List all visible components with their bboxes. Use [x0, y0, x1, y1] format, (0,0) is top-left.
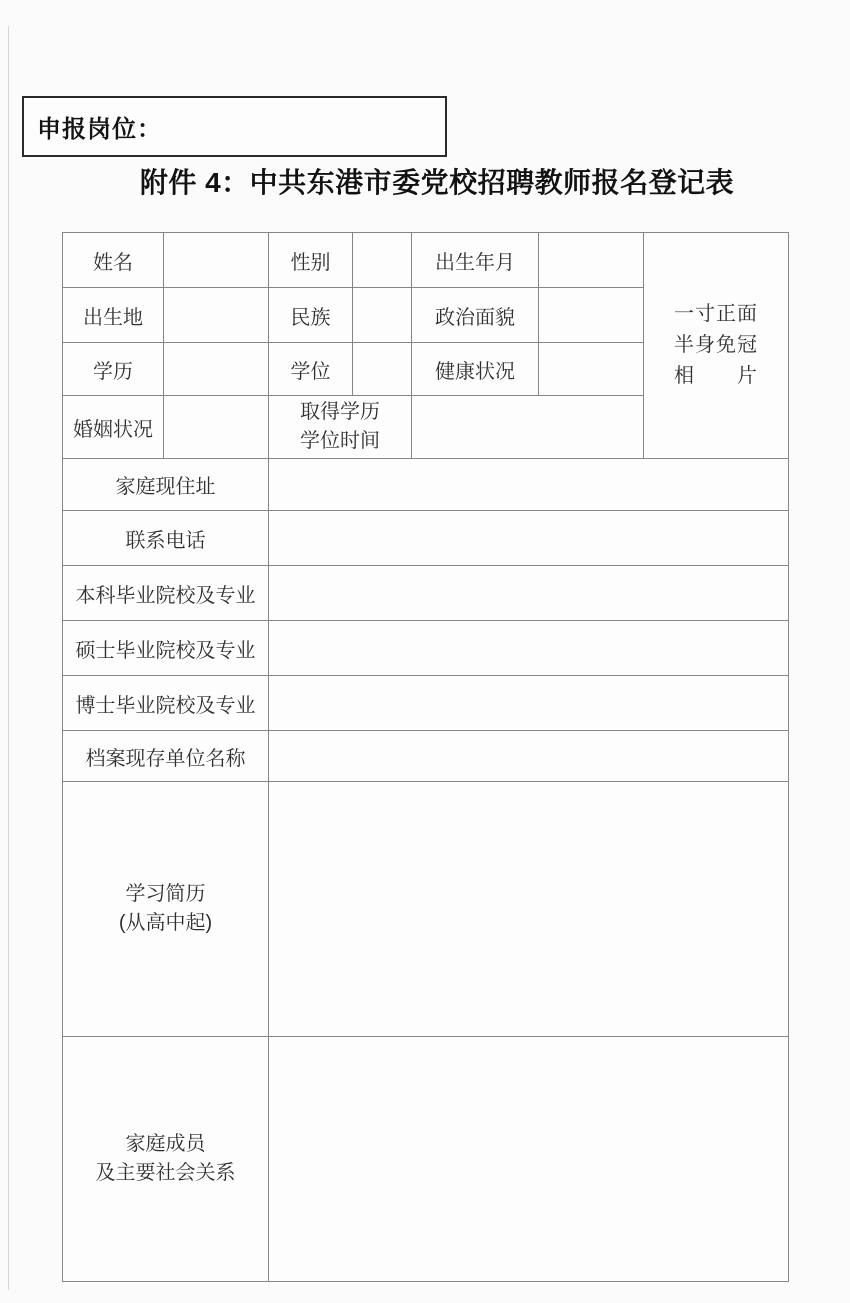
- ethnicity-label: 民族: [269, 288, 353, 343]
- table-row: 联系电话: [63, 511, 789, 566]
- bachelor-school-input-cell[interactable]: [269, 566, 789, 621]
- degree-label: 学位: [269, 343, 353, 396]
- table-row: 学习简历 (从高中起): [63, 782, 789, 1037]
- marital-status-label: 婚姻状况: [63, 396, 164, 459]
- doctor-school-label: 博士毕业院校及专业: [63, 676, 269, 731]
- phone-input-cell[interactable]: [269, 511, 789, 566]
- archive-unit-input-cell[interactable]: [269, 731, 789, 782]
- phone-label: 联系电话: [63, 511, 269, 566]
- birth-date-input-cell[interactable]: [539, 233, 644, 288]
- table-row: 档案现存单位名称: [63, 731, 789, 782]
- home-address-input-cell[interactable]: [269, 459, 789, 511]
- table-row: 本科毕业院校及专业: [63, 566, 789, 621]
- photo-note: 一寸正面 半身免冠 相 片: [646, 299, 786, 392]
- photo-note-line-2: 半身免冠: [646, 330, 786, 361]
- education-input-cell[interactable]: [164, 343, 269, 396]
- birthplace-input-cell[interactable]: [164, 288, 269, 343]
- form-title: 附件 4：中共东港市委党校招聘教师报名登记表: [0, 161, 850, 201]
- family-members-label: 家庭成员 及主要社会关系: [63, 1037, 269, 1282]
- birth-date-label: 出生年月: [412, 233, 539, 288]
- bachelor-school-label: 本科毕业院校及专业: [63, 566, 269, 621]
- archive-unit-label: 档案现存单位名称: [63, 731, 269, 782]
- table-row: 姓名 性别 出生年月 一寸正面 半身免冠 相 片: [63, 233, 789, 288]
- study-resume-input-cell[interactable]: [269, 782, 789, 1037]
- ethnicity-input-cell[interactable]: [353, 288, 412, 343]
- gender-input-cell[interactable]: [353, 233, 412, 288]
- scan-page-edge-line: [8, 26, 9, 1290]
- photo-placeholder-cell: 一寸正面 半身免冠 相 片: [644, 233, 789, 459]
- marital-status-input-cell[interactable]: [164, 396, 269, 459]
- health-input-cell[interactable]: [539, 343, 644, 396]
- table-row: 博士毕业院校及专业: [63, 676, 789, 731]
- health-label: 健康状况: [412, 343, 539, 396]
- edu-degree-time-input-cell[interactable]: [412, 396, 644, 459]
- political-status-input-cell[interactable]: [539, 288, 644, 343]
- study-resume-label: 学习简历 (从高中起): [63, 782, 269, 1037]
- doctor-school-input-cell[interactable]: [269, 676, 789, 731]
- table-row: 家庭成员 及主要社会关系: [63, 1037, 789, 1282]
- photo-note-line-1: 一寸正面: [646, 299, 786, 330]
- registration-form-table: 姓名 性别 出生年月 一寸正面 半身免冠 相 片 出生地 民族 政治面貌 学历: [62, 232, 789, 1282]
- birthplace-label: 出生地: [63, 288, 164, 343]
- master-school-label: 硕士毕业院校及专业: [63, 621, 269, 676]
- edu-degree-time-label: 取得学历 学位时间: [269, 396, 412, 459]
- family-members-input-cell[interactable]: [269, 1037, 789, 1282]
- table-row: 家庭现住址: [63, 459, 789, 511]
- home-address-label: 家庭现住址: [63, 459, 269, 511]
- table-row: 硕士毕业院校及专业: [63, 621, 789, 676]
- photo-note-line-3: 相 片: [646, 361, 786, 392]
- education-label: 学历: [63, 343, 164, 396]
- name-input-cell[interactable]: [164, 233, 269, 288]
- master-school-input-cell[interactable]: [269, 621, 789, 676]
- degree-input-cell[interactable]: [353, 343, 412, 396]
- name-label: 姓名: [63, 233, 164, 288]
- political-status-label: 政治面貌: [412, 288, 539, 343]
- gender-label: 性别: [269, 233, 353, 288]
- position-box: 申报岗位：: [22, 96, 447, 157]
- position-box-label: 申报岗位：: [37, 109, 162, 144]
